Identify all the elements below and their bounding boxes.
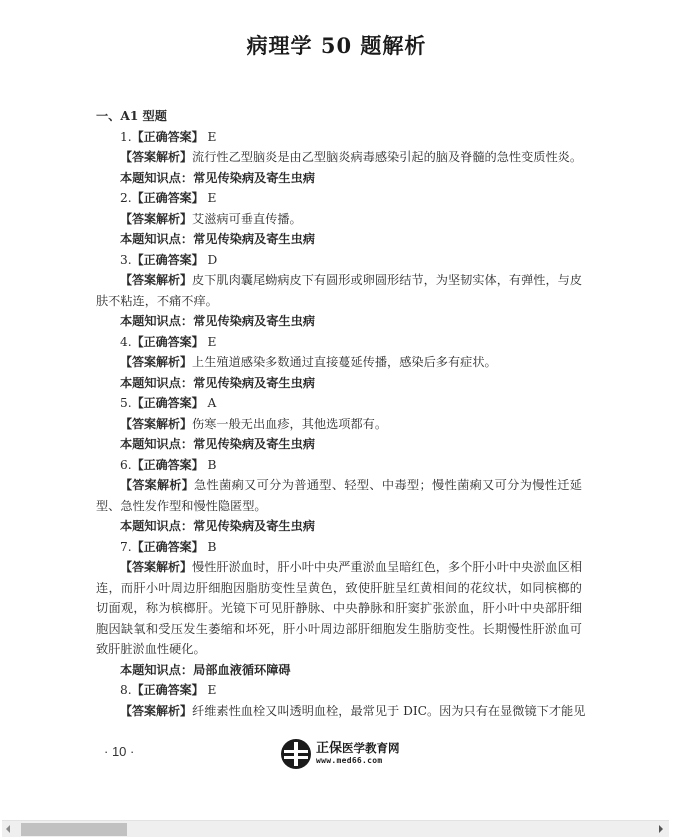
scrollbar-thumb[interactable]: [21, 823, 127, 836]
section-heading: 一、A1 型题: [96, 106, 582, 127]
question-answer: 5.【正确答案】 A: [96, 393, 582, 414]
question-answer: 1.【正确答案】 E: [96, 127, 582, 148]
question-knowledge: 本题知识点：常见传染病及寄生虫病: [96, 168, 582, 189]
question-knowledge: 本题知识点：常见传染病及寄生虫病: [96, 311, 582, 332]
document-body: 一、A1 型题 1.【正确答案】 E 【答案解析】流行性乙型脑炎是由乙型脑炎病毒…: [96, 106, 582, 721]
question-analysis: 【答案解析】艾滋病可垂直传播。: [96, 209, 582, 230]
logo-name: 正保医学教育网: [316, 742, 400, 755]
question-knowledge: 本题知识点：常见传染病及寄生虫病: [96, 229, 582, 250]
question-knowledge: 本题知识点：常见传染病及寄生虫病: [96, 516, 582, 537]
question-answer: 8.【正确答案】 E: [96, 680, 582, 701]
question-answer: 7.【正确答案】 B: [96, 537, 582, 558]
question-analysis: 【答案解析】伤寒一般无出血疹，其他选项都有。: [96, 414, 582, 435]
question-answer: 2.【正确答案】 E: [96, 188, 582, 209]
question-analysis: 【答案解析】纤维素性血栓又叫透明血栓，最常见于 DIC。因为只有在显微镜下才能见: [96, 701, 582, 722]
question-answer: 4.【正确答案】 E: [96, 332, 582, 353]
page-number: · 10 ·: [104, 744, 134, 759]
question-answer: 6.【正确答案】 B: [96, 455, 582, 476]
question-answer: 3.【正确答案】 D: [96, 250, 582, 271]
question-analysis: 【答案解析】急性菌痢又可分为普通型、轻型、中毒型；慢性菌痢又可分为慢性迁延型、急…: [96, 475, 582, 516]
question-knowledge: 本题知识点：常见传染病及寄生虫病: [96, 373, 582, 394]
logo-emblem-icon: [281, 739, 311, 769]
question-analysis: 【答案解析】慢性肝淤血时，肝小叶中央严重淤血呈暗红色，多个肝小叶中央淤血区相连，…: [96, 557, 582, 660]
horizontal-scrollbar[interactable]: [2, 820, 669, 837]
publisher-logo: 正保医学教育网 www.med66.com: [281, 739, 400, 769]
page-title: 病理学 50 题解析: [0, 30, 673, 60]
question-knowledge: 本题知识点：常见传染病及寄生虫病: [96, 434, 582, 455]
question-analysis: 【答案解析】上生殖道感染多数通过直接蔓延传播，感染后多有症状。: [96, 352, 582, 373]
scroll-right-arrow-icon[interactable]: [659, 825, 663, 833]
question-analysis: 【答案解析】皮下肌肉囊尾蚴病皮下有圆形或卵圆形结节，为坚韧实体，有弹性，与皮肤不…: [96, 270, 582, 311]
document-page: 病理学 50 题解析 一、A1 型题 1.【正确答案】 E 【答案解析】流行性乙…: [0, 0, 673, 812]
scroll-left-arrow-icon[interactable]: [6, 825, 10, 833]
logo-url: www.med66.com: [316, 755, 400, 767]
question-knowledge: 本题知识点：局部血液循环障碍: [96, 660, 582, 681]
question-analysis: 【答案解析】流行性乙型脑炎是由乙型脑炎病毒感染引起的脑及脊髓的急性变质性炎。: [96, 147, 582, 168]
